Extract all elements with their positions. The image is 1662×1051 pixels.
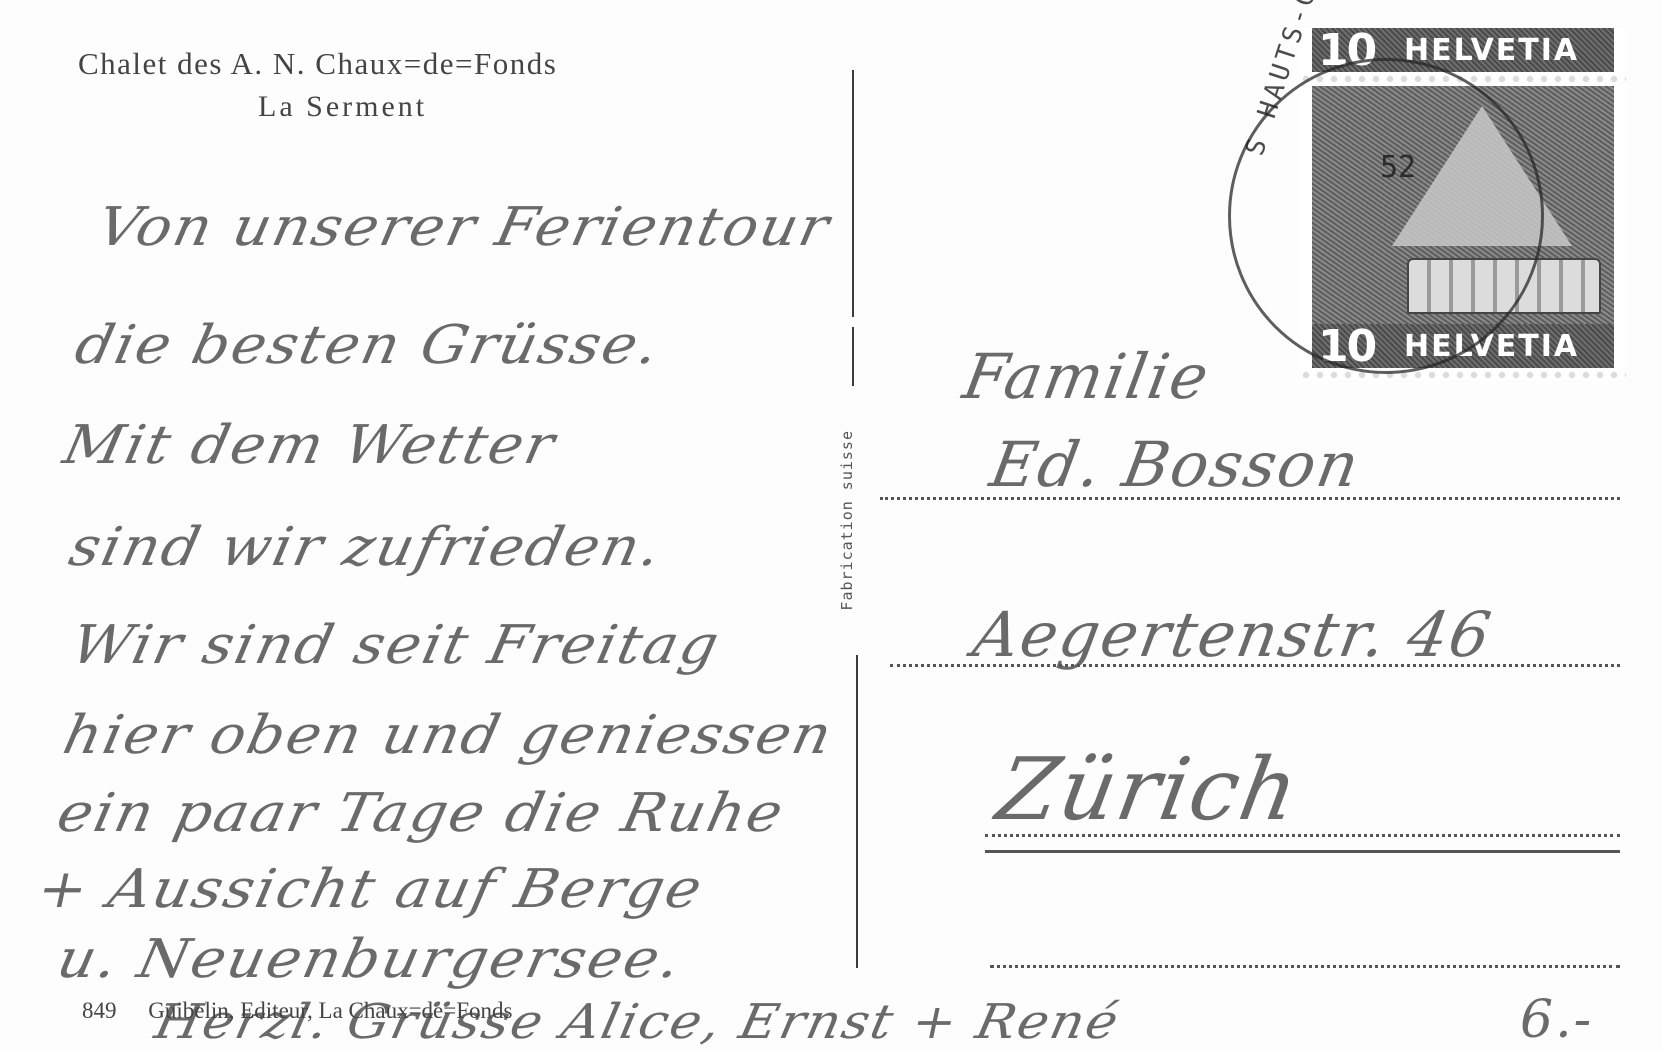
mountain-icon bbox=[1392, 106, 1572, 246]
address-line-2: Ed. Bosson bbox=[985, 428, 1366, 501]
stamp-band-bottom: 10 HELVETIA bbox=[1312, 324, 1614, 368]
printed-subtitle: La Serment bbox=[258, 90, 427, 124]
fabrication-label: Fabrication suisse bbox=[838, 430, 856, 611]
address-line-3: Aegertenstr. 46 bbox=[968, 598, 1498, 671]
train-icon bbox=[1407, 258, 1601, 314]
price-annotation: 6.- bbox=[1520, 990, 1593, 1050]
address-line-4: Zürich bbox=[990, 740, 1307, 840]
message-line-5: Wir sind seit Freitag bbox=[66, 613, 726, 676]
postage-stamp: 10 HELVETIA 10 HELVETIA bbox=[1300, 28, 1626, 380]
card-number: 849 bbox=[82, 998, 117, 1023]
message-line-2: die besten Grüsse. bbox=[70, 313, 666, 376]
postcard-back: Chalet des A. N. Chaux=de=Fonds La Serme… bbox=[0, 0, 1662, 1051]
address-rule-1 bbox=[880, 497, 1620, 500]
stamp-country-bottom: HELVETIA bbox=[1404, 329, 1579, 364]
address-rule-2 bbox=[890, 664, 1620, 667]
stamp-illustration bbox=[1312, 86, 1614, 336]
address-rule-3 bbox=[985, 834, 1620, 837]
printed-title: Chalet des A. N. Chaux=de=Fonds bbox=[78, 46, 658, 82]
message-line-3: Mit dem Wetter bbox=[58, 413, 562, 476]
divider-bottom bbox=[856, 655, 858, 968]
address-line-1: Familie bbox=[958, 340, 1216, 413]
stamp-perforation-bottom bbox=[1300, 370, 1626, 380]
postmark-date: 52 bbox=[1380, 150, 1416, 185]
message-line-6: hier oben und geniessen bbox=[58, 703, 839, 766]
message-line-4: sind wir zufrieden. bbox=[64, 515, 668, 578]
publisher-footer: 849 Guibelin, Editeur, La Chaux=de=Fonds bbox=[82, 998, 512, 1024]
message-line-8: + Aussicht auf Berge bbox=[32, 857, 709, 920]
address-rule-4 bbox=[990, 965, 1620, 968]
divider-mid bbox=[852, 327, 854, 386]
publisher-text: Guibelin, Editeur, La Chaux=de=Fonds bbox=[148, 998, 512, 1023]
stamp-country: HELVETIA bbox=[1404, 33, 1579, 68]
stamp-perforation bbox=[1300, 74, 1626, 84]
stamp-band-top: 10 HELVETIA bbox=[1312, 28, 1614, 72]
address-rule-solid bbox=[985, 850, 1620, 853]
message-line-1: Von unserer Ferientour bbox=[92, 195, 836, 258]
message-line-7: ein paar Tage die Ruhe bbox=[52, 781, 790, 844]
stamp-value-bottom: 10 bbox=[1318, 321, 1404, 372]
message-line-9: u. Neuenburgersee. bbox=[52, 927, 688, 990]
stamp-value: 10 bbox=[1318, 25, 1404, 76]
divider-top bbox=[852, 70, 854, 317]
